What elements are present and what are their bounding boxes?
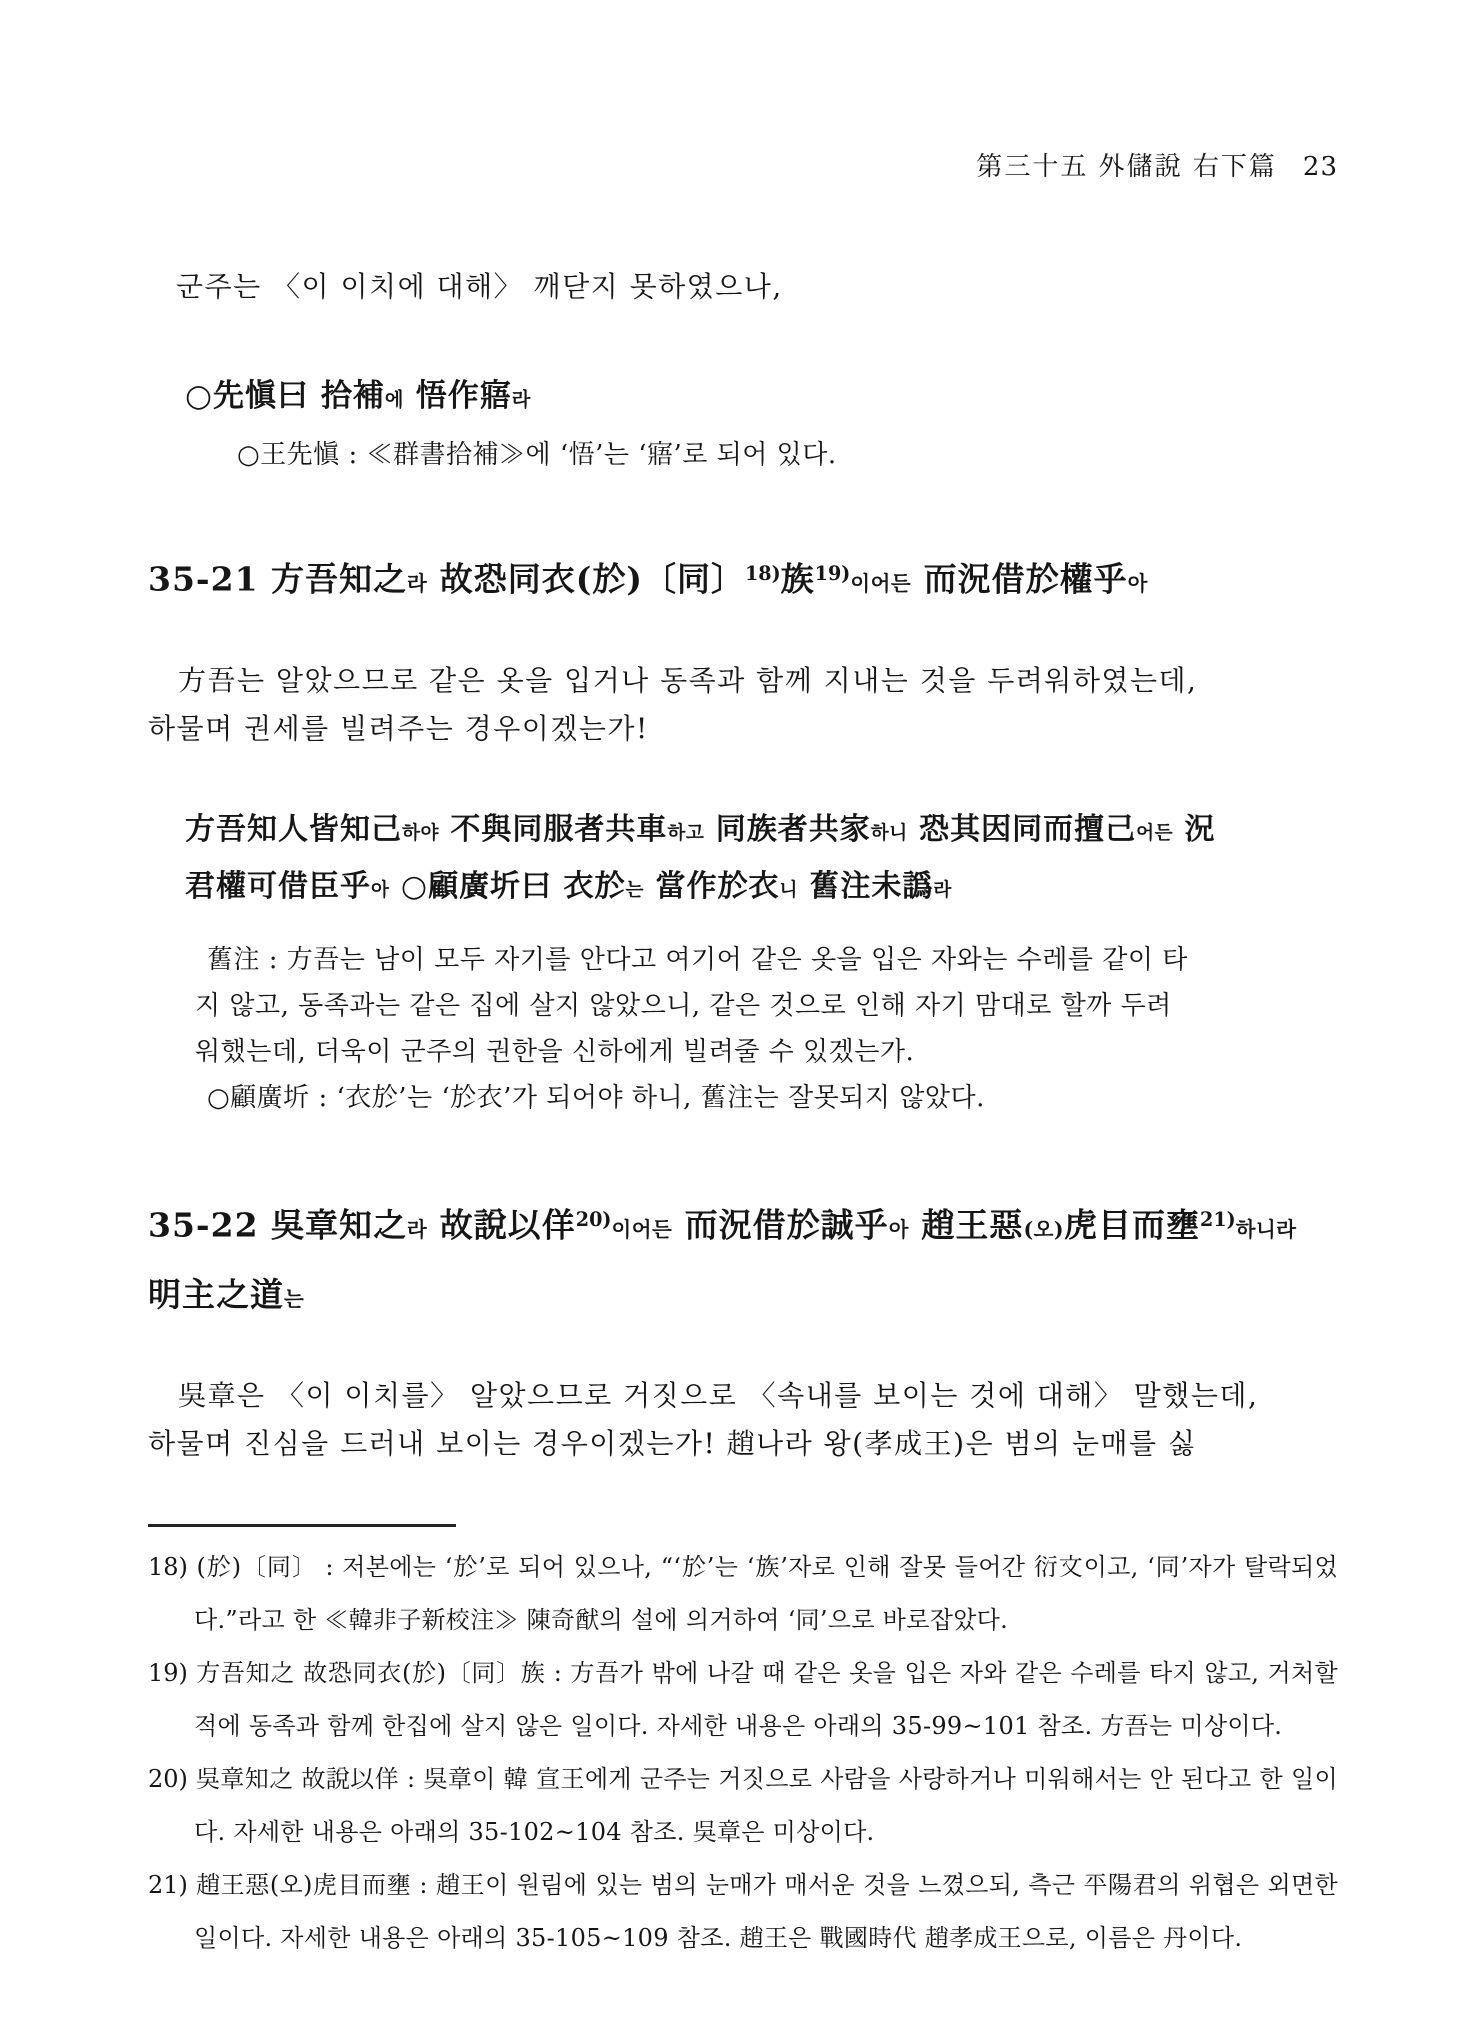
footnote-text: 趙王惡(오)虎目而壅 : 趙王이 원림에 있는 범의 눈매가 매서운 것을 느꼈… xyxy=(194,1871,1338,1952)
text-segment-particle: 어든 xyxy=(1136,823,1173,844)
text-segment-main: 舊注未譌 xyxy=(798,869,933,904)
text-segment-main: 而況借於權乎 xyxy=(911,560,1128,599)
text-segment-particle: 라 xyxy=(512,388,531,411)
chapter-title: 第三十五 外儲說 右下篇 xyxy=(976,152,1277,182)
book-page: 第三十五 外儲說 右下篇23 군주는 〈이 이치에 대해〉 깨닫지 못하였으나,… xyxy=(0,0,1480,2024)
text-segment-main: 故恐同衣(於)〔同〕 xyxy=(427,560,745,599)
text-segment-main: ○先愼曰 拾補 xyxy=(185,378,385,414)
text-segment-particle: 는 xyxy=(284,1287,304,1311)
section-21-heading: 35-21 方吾知之라 故恐同衣(於)〔同〕18)族19)이어든 而況借於權乎아 xyxy=(148,541,1338,617)
text-segment-particle: 하니 xyxy=(871,823,908,844)
text-segment-sup: 20) xyxy=(576,1208,612,1231)
footnote-text: 吳章知之 故說以佯 : 吳章이 韓 宣王에게 군주는 거짓으로 사람을 사랑하거… xyxy=(194,1765,1338,1846)
text-segment-particle: 이어든 xyxy=(850,572,911,596)
text-segment-sup: 21) xyxy=(1200,1208,1236,1231)
text-segment-particle: 는 xyxy=(626,880,644,901)
commentary-head: ○先愼曰 拾補에 悟作寤라 xyxy=(185,370,1338,415)
text-segment-main: 明主之道 xyxy=(148,1275,284,1314)
text-segment-particle: 하니라 xyxy=(1236,1217,1297,1241)
text-segment-particle: 아 xyxy=(889,1217,909,1241)
text-segment-main: 族 xyxy=(781,560,815,599)
text-segment-main: 故說以佯 xyxy=(427,1205,576,1244)
text-segment-particle: 라 xyxy=(407,1217,427,1241)
section-21-gu-guangqi-note: ○顧廣圻 : ‘衣於’는 ‘於衣’가 되어야 하니, 舊注는 잘못되지 않았다. xyxy=(195,1075,1338,1121)
text-segment-main: 同族者共家 xyxy=(704,812,870,847)
text-segment-main: 虎目而壅 xyxy=(1064,1205,1200,1244)
text-segment-particle: (오) xyxy=(1023,1217,1064,1241)
commentary-body: ○王先愼 : ≪群書拾補≫에 ‘悟’는 ‘寤’로 되어 있다. xyxy=(237,435,1338,475)
text-segment-main: ○顧廣圻曰 衣於 xyxy=(389,869,625,904)
footnote-text: (於)〔同〕 : 저본에는 ‘於’로 되어 있으나, “‘於’는 ‘族’자로 인… xyxy=(194,1553,1338,1634)
text-segment-main: 當作於衣 xyxy=(644,869,779,904)
text-segment-main: 而況借於誠乎 xyxy=(672,1205,889,1244)
text-segment-particle: 에 xyxy=(385,388,404,411)
text-segment-particle: 라 xyxy=(933,880,951,901)
footnote-number: 18) xyxy=(148,1553,188,1581)
section-21-old-annotation: 舊注 : 方吾는 남이 모두 자기를 안다고 여기어 같은 옷을 입은 자와는 … xyxy=(195,937,1338,1075)
text-segment-sup: 18) xyxy=(745,562,781,585)
text-segment-main: 35-21 方吾知之 xyxy=(148,560,407,599)
text-segment-particle: 이어든 xyxy=(611,1217,672,1241)
footnote-21: 21) 趙王惡(오)虎目而壅 : 趙王이 원림에 있는 범의 눈매가 매서운 것… xyxy=(148,1859,1338,1965)
running-header: 第三十五 外儲說 右下篇23 xyxy=(148,150,1338,184)
footnote-20: 20) 吳章知之 故說以佯 : 吳章이 韓 宣王에게 군주는 거짓으로 사람을 … xyxy=(148,1753,1338,1859)
text-segment-particle: 니 xyxy=(779,880,797,901)
footnote-number: 21) xyxy=(148,1871,188,1899)
text-segment-main: 趙王惡 xyxy=(909,1205,1024,1244)
footnote-number: 20) xyxy=(148,1765,188,1793)
text-segment-main: 悟作寤 xyxy=(404,378,512,414)
text-segment-particle: 하야 xyxy=(402,823,439,844)
footnotes: 18) (於)〔同〕 : 저본에는 ‘於’로 되어 있으나, “‘於’는 ‘族’… xyxy=(148,1541,1338,1965)
intro-translation: 군주는 〈이 이치에 대해〉 깨닫지 못하였으나, xyxy=(148,264,1338,310)
page-number: 23 xyxy=(1303,152,1338,182)
text-segment-main: 方吾知人皆知己 xyxy=(185,812,402,847)
text-segment-particle: 아 xyxy=(1128,572,1148,596)
text-segment-sup: 19) xyxy=(815,562,851,585)
section-21-translation: 方吾는 알았으므로 같은 옷을 입거나 동족과 함께 지내는 것을 두려워하였는… xyxy=(148,657,1338,753)
footnote-number: 19) xyxy=(148,1659,188,1687)
footnote-text: 方吾知之 故恐同衣(於)〔同〕族 : 方吾가 밖에 나갈 때 같은 옷을 입은 … xyxy=(194,1659,1338,1740)
text-segment-particle: 라 xyxy=(407,572,427,596)
section-22-translation: 吳章은 〈이 이치를〉 알았으므로 거짓으로 〈속내를 보이는 것에 대해〉 말… xyxy=(148,1372,1338,1468)
footnote-18: 18) (於)〔同〕 : 저본에는 ‘於’로 되어 있으나, “‘於’는 ‘族’… xyxy=(148,1541,1338,1647)
text-segment-main: 35-22 吳章知之 xyxy=(148,1205,407,1244)
text-segment-main: 況 xyxy=(1173,812,1215,847)
text-segment-particle: 하고 xyxy=(667,823,704,844)
section-22-heading: 35-22 吳章知之라 故說以佯20)이어든 而況借於誠乎아 趙王惡(오)虎目而… xyxy=(148,1187,1338,1333)
text-segment-main: 不與同服者共車 xyxy=(439,812,667,847)
section-21-original-text: 方吾知人皆知己하야 不與同服者共車하고 同族者共家하니 恐其因同而擅己어든 況君… xyxy=(185,803,1338,917)
text-segment-particle: 아 xyxy=(371,880,389,901)
text-segment-main: 恐其因同而擅己 xyxy=(908,812,1136,847)
footnote-19: 19) 方吾知之 故恐同衣(於)〔同〕族 : 方吾가 밖에 나갈 때 같은 옷을… xyxy=(148,1647,1338,1753)
footnote-separator xyxy=(148,1524,456,1527)
text-segment-main: 君權可借臣乎 xyxy=(185,869,371,904)
